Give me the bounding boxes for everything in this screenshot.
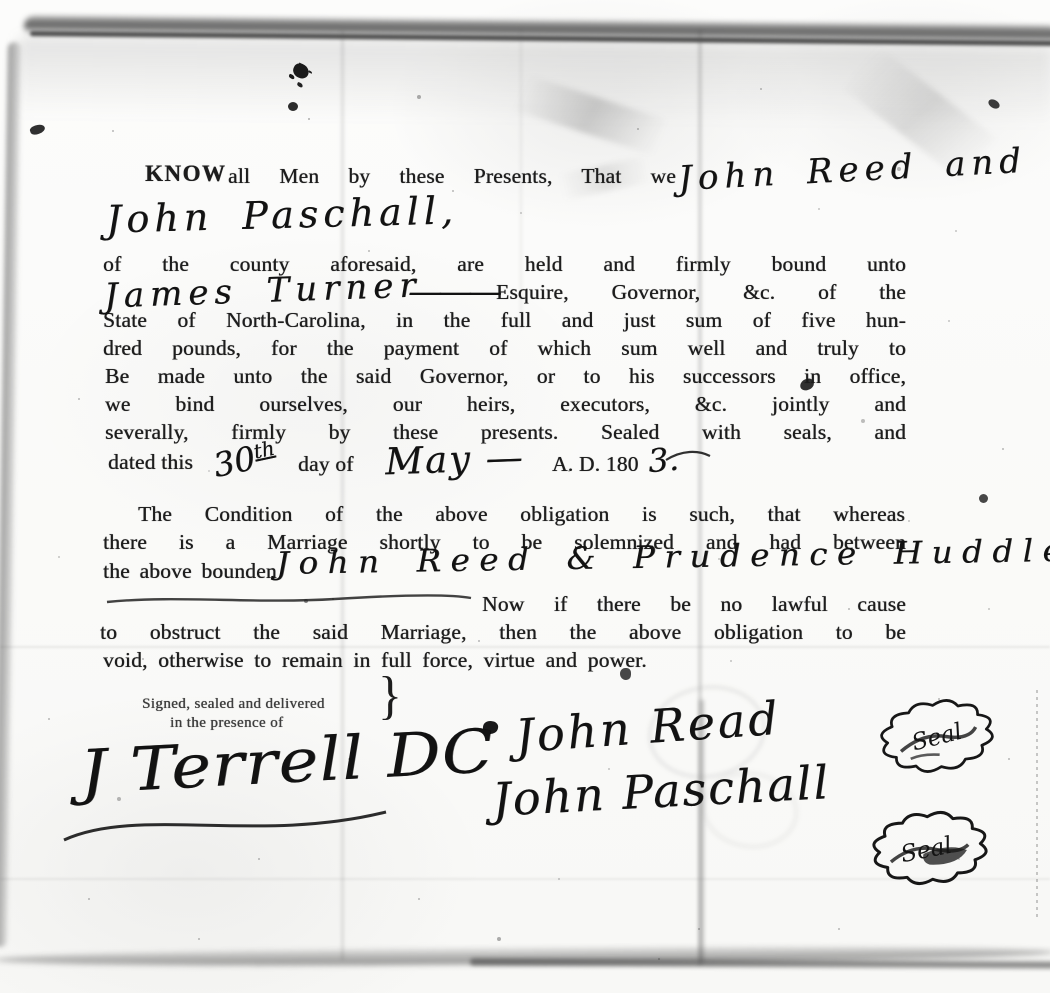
ink-dot-right: [979, 494, 988, 503]
seal-stamp-2: Seal: [858, 794, 1002, 901]
seal-stamp-1: Seal: [864, 681, 1009, 791]
printed-condition-6: void, otherwise to remain in full force,…: [103, 647, 647, 673]
printed-condition-3: the above bounden: [103, 558, 277, 584]
printed-condition-4: Now if there be no lawful cause: [482, 591, 906, 617]
ink-flourish: [664, 448, 712, 464]
printed-dated-mid: day of: [298, 451, 354, 477]
handwritten-month: May —: [384, 436, 525, 484]
opening-word: KNOW: [145, 161, 226, 187]
ink-rule: [105, 592, 477, 608]
attestation-brace: }: [378, 681, 402, 708]
printed-line-body-4: dred pounds, for the payment of which su…: [103, 335, 906, 361]
printed-line-body-6: we bind ourselves, our heirs, executors,…: [105, 391, 906, 417]
printed-line-body-5: Be made unto the said Governor, or to hi…: [105, 363, 906, 389]
printed-condition-1: The Condition of the above obligation is…: [138, 501, 905, 527]
printed-line-body-2: Esquire, Governor, &c. of the: [496, 279, 906, 305]
printed-dated-year: A. D. 180: [552, 451, 639, 477]
printed-dated-prefix: dated this: [108, 449, 193, 475]
speck-field: [0, 0, 2, 2]
ink-dot-1: [288, 102, 298, 111]
signature-flourish: [58, 798, 393, 850]
archival-mark: [1036, 690, 1038, 918]
handwritten-governor-dash: ———: [408, 272, 498, 312]
printed-line-opening: all Men by these Presents, That we: [228, 163, 676, 189]
document-scan: KNOW all Men by these Presents, That we …: [0, 0, 1050, 993]
handwritten-bondsmen-2: John Paschall,: [105, 188, 458, 241]
seal-label-1: Seal: [909, 718, 965, 757]
printed-condition-5: to obstruct the said Marriage, then the …: [100, 619, 906, 645]
